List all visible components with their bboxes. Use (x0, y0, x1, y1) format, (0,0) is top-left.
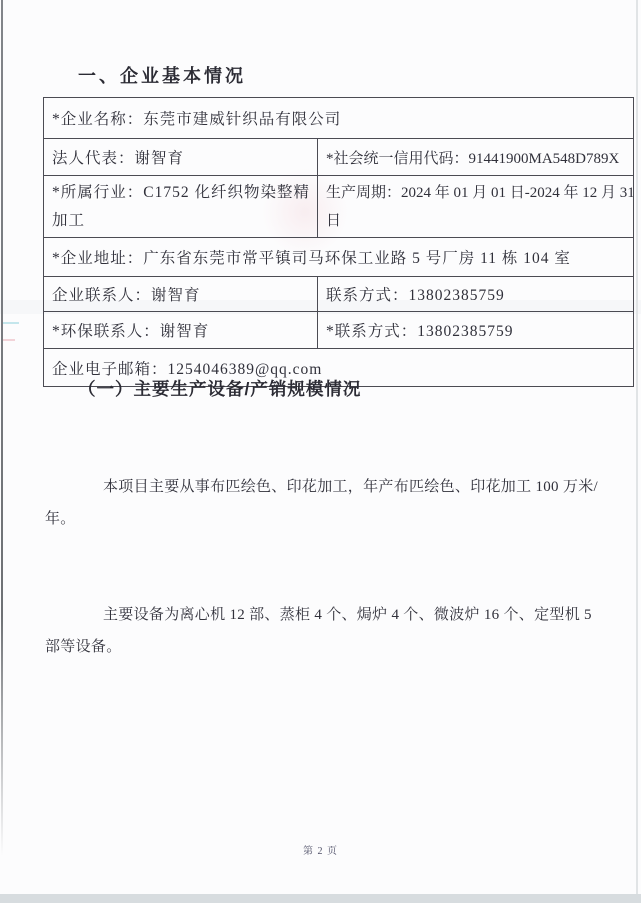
production-period-cell: 生产周期：2024 年 01 月 01 日-2024 年 12 月 31 日 (318, 176, 634, 238)
subsection-heading: （一）主要生产设备/产销规模情况 (78, 376, 361, 401)
address-cell: *企业地址：广东省东莞市常平镇司马环保工业路 5 号厂房 11 栋 104 室 (44, 238, 634, 277)
env-contact-cell: *环保联系人：谢智育 (44, 312, 318, 349)
contact-phone-cell: 联系方式：13802385759 (318, 277, 634, 312)
scan-edge-bottom (0, 894, 641, 903)
industry-cell: *所属行业：C1752 化纤织物染整精加工 (44, 176, 318, 238)
company-info-table: *企业名称：东莞市建威针织品有限公司 法人代表：谢智育 *社会统一信用代码：91… (43, 97, 634, 387)
scan-edge-left (1, 0, 3, 856)
table-row-industry: *所属行业：C1752 化纤织物染整精加工 生产周期：2024 年 01 月 0… (44, 176, 634, 238)
scan-streak-pink (2, 339, 15, 341)
env-phone-cell: *联系方式：13802385759 (318, 312, 634, 349)
table-row-legal-rep: 法人代表：谢智育 *社会统一信用代码：91441900MA548D789X (44, 139, 634, 176)
paragraph-production-scale: 本项目主要从事布匹绘色、印花加工，年产布匹绘色、印花加工 100 万米/ 年。 (45, 471, 637, 535)
scan-edge-right (636, 0, 638, 894)
legal-rep-cell: 法人代表：谢智育 (44, 139, 318, 176)
credit-code-cell: *社会统一信用代码：91441900MA548D789X (318, 139, 634, 176)
table-row-company-name: *企业名称：东莞市建威针织品有限公司 (44, 98, 634, 139)
table-row-address: *企业地址：广东省东莞市常平镇司马环保工业路 5 号厂房 11 栋 104 室 (44, 238, 634, 277)
company-contact-cell: 企业联系人：谢智育 (44, 277, 318, 312)
scan-streak-cyan (2, 322, 19, 324)
scanned-document-page: 一、企业基本情况 *企业名称：东莞市建威针织品有限公司 法人代表：谢智育 *社会… (0, 0, 641, 903)
table-row-company-contact: 企业联系人：谢智育 联系方式：13802385759 (44, 277, 634, 312)
company-name-cell: *企业名称：东莞市建威针织品有限公司 (44, 98, 634, 139)
section-title: 一、企业基本情况 (78, 62, 246, 88)
table-row-env-contact: *环保联系人：谢智育 *联系方式：13802385759 (44, 312, 634, 349)
page-number: 第 2 页 (0, 842, 641, 857)
paragraph-main-equipment: 主要设备为离心机 12 部、蒸柜 4 个、焗炉 4 个、微波炉 16 个、定型机… (45, 599, 637, 663)
body-paragraphs: 本项目主要从事布匹绘色、印花加工，年产布匹绘色、印花加工 100 万米/ 年。 … (45, 407, 637, 727)
